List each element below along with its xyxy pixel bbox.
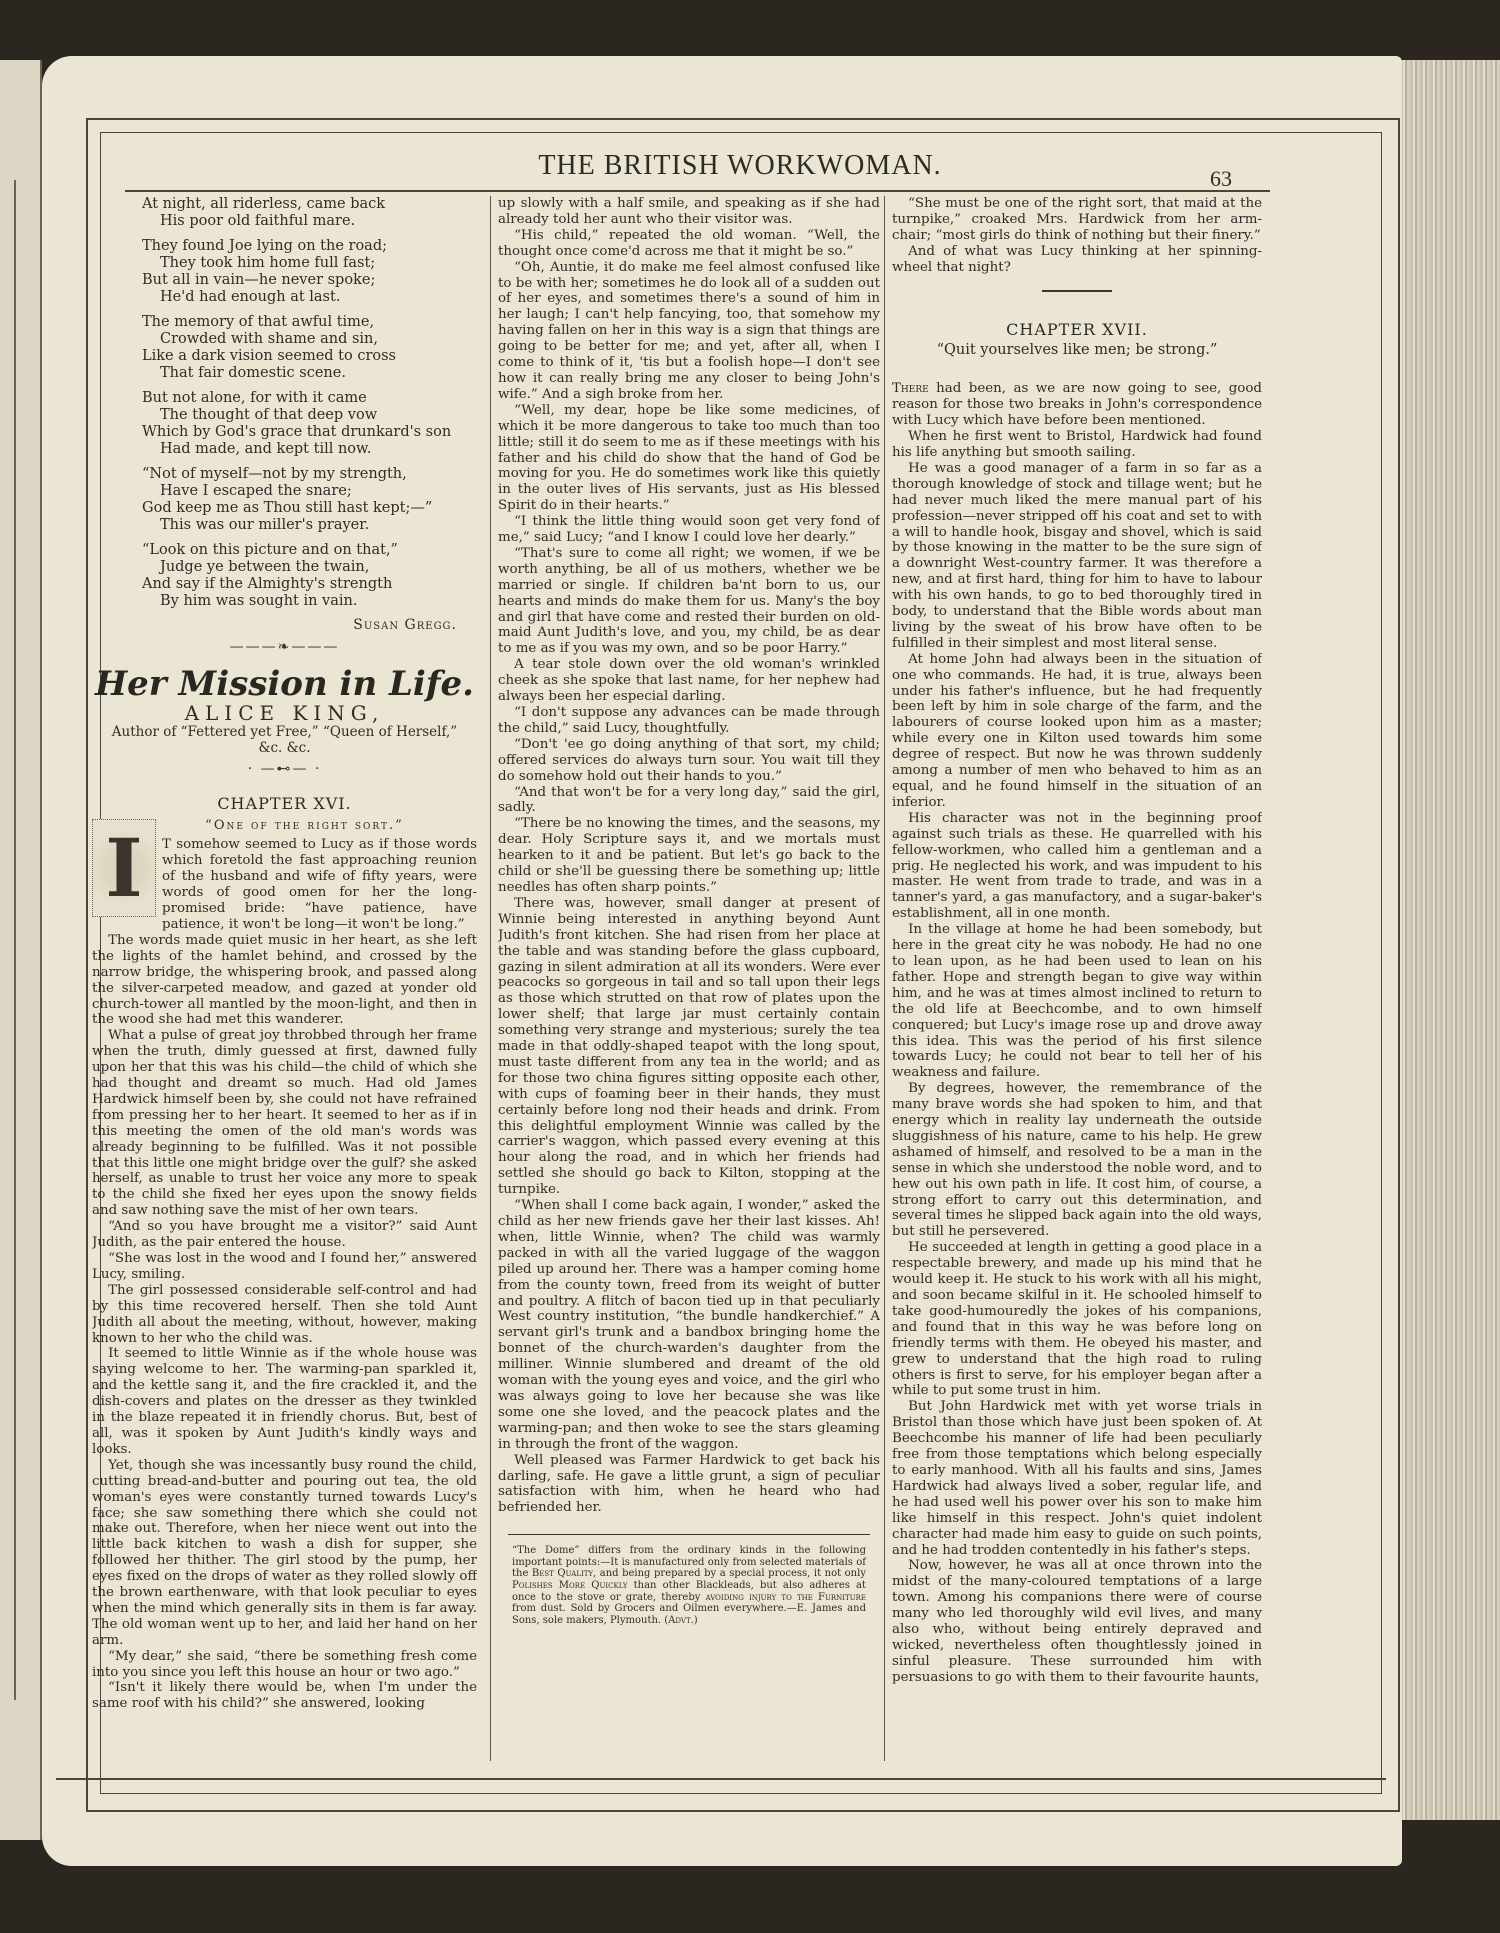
paragraph: He was a good manager of a farm in so fa… [892, 461, 1262, 652]
paragraph: In the village at home he had been someb… [892, 922, 1262, 1081]
paragraph: “Don't 'ee go doing anything of that sor… [498, 737, 880, 785]
ornament-divider: · —⊷— · [92, 762, 477, 778]
paragraph: And of what was Lucy thinking at her spi… [892, 244, 1262, 276]
paragraph: The girl possessed considerable self-con… [92, 1283, 477, 1347]
poem-line: But not alone, for with it came [142, 390, 477, 407]
paragraph: “I think the little thing would soon get… [498, 514, 880, 546]
paragraph: “My dear,” she said, “there be something… [92, 1649, 477, 1681]
poem-line: Which by God's grace that drunkard's son [142, 424, 477, 441]
poem-line: Had made, and kept till now. [142, 441, 477, 458]
column-1: At night, all riderless, came back His p… [92, 196, 477, 1766]
paragraph: Now, however, he was all at once thrown … [892, 1558, 1262, 1685]
ad-text: , and being prepared by a special proces… [593, 1568, 866, 1579]
ad-label: (Advt.) [664, 1615, 697, 1626]
poem-line: Like a dark vision seemed to cross [142, 348, 477, 365]
paragraph: “And that won't be for a very long day,”… [498, 785, 880, 817]
facing-page-edge [0, 60, 42, 1840]
footer-rule [56, 1778, 1386, 1780]
column-divider-1 [490, 196, 491, 1761]
column-3: “She must be one of the right sort, that… [892, 196, 1262, 1766]
chapter-heading: CHAPTER XVII. [892, 322, 1262, 338]
poem-line: That fair domestic scene. [142, 365, 477, 382]
poem-line: This was our miller's prayer. [142, 517, 477, 534]
ad-emphasis: avoiding injury to the Furniture [706, 1592, 866, 1603]
section-rule [1042, 290, 1112, 292]
poem-line: The thought of that deep vow [142, 407, 477, 424]
column-2: up slowly with a half smile, and speakin… [498, 196, 880, 1766]
poem-line: They found Joe lying on the road; [142, 238, 477, 255]
paragraph: “She was lost in the wood and I found he… [92, 1251, 477, 1283]
paragraph: It seemed to little Winnie as if the who… [92, 1346, 477, 1457]
lead-word: There [892, 381, 929, 396]
paragraph: “She must be one of the right sort, that… [892, 196, 1262, 244]
chapter-motto: “Quit yourselves like men; be strong.” [892, 343, 1262, 359]
poem-line: He'd had enough at last. [142, 289, 477, 306]
paragraph: “And so you have brought me a visitor?” … [92, 1219, 477, 1251]
poem-author: Susan Gregg. [92, 618, 457, 634]
poem-line: His poor old faithful mare. [142, 213, 477, 230]
ornament-divider: ———❧——— [92, 640, 477, 656]
paragraph: By degrees, however, the remembrance of … [892, 1081, 1262, 1240]
author-credits: Author of “Fettered yet Free,” “Queen of… [100, 724, 469, 756]
ad-emphasis: Best Quality [532, 1568, 593, 1579]
paragraph: “Isn't it likely there would be, when I'… [92, 1680, 477, 1712]
poem-line: But all in vain—he never spoke; [142, 272, 477, 289]
header-rule [125, 190, 1270, 192]
paragraph: “When shall I come back again, I wonder,… [498, 1198, 880, 1453]
paragraph: Well pleased was Farmer Hardwick to get … [498, 1453, 880, 1517]
running-head: THE BRITISH WORKWOMAN. [100, 150, 1380, 182]
advertisement: “The Dome” differs from the ordinary kin… [498, 1545, 880, 1626]
poem-line: “Not of myself—not by my strength, [142, 466, 477, 483]
paragraph: There was, however, small danger at pres… [498, 896, 880, 1198]
poem-line: Judge ye between the twain, [142, 559, 477, 576]
paragraph: The words made quiet music in her heart,… [92, 933, 477, 1028]
poem: At night, all riderless, came back His p… [92, 196, 477, 610]
poem-line: At night, all riderless, came back [142, 196, 477, 213]
paragraph: At home John had always been in the situ… [892, 652, 1262, 811]
paragraph: Yet, though she was incessantly busy rou… [92, 1458, 477, 1649]
poem-line: They took him home full fast; [142, 255, 477, 272]
poem-line: By him was sought in vain. [142, 593, 477, 610]
paragraph: But John Hardwick met with yet worse tri… [892, 1399, 1262, 1558]
paragraph: “I don't suppose any advances can be mad… [498, 705, 880, 737]
chapter-subtitle: “One of the right sort.” [132, 818, 477, 834]
poem-stanza: They found Joe lying on the road; They t… [142, 238, 477, 306]
story-author: ALICE KING, [92, 706, 477, 722]
opening-paragraph: IT somehow seemed to Lucy as if those wo… [92, 837, 477, 932]
paragraph-text: T somehow seemed to Lucy as if those wor… [162, 837, 477, 932]
chapter-heading: CHAPTER XVI. [92, 796, 477, 812]
poem-line: And say if the Almighty's strength [142, 576, 477, 593]
poem-line: “Look on this picture and on that,” [142, 542, 477, 559]
paragraph: “There be no knowing the times, and the … [498, 816, 880, 896]
facing-page-rule [0, 180, 16, 1700]
paragraph: When he first went to Bristol, Hardwick … [892, 429, 1262, 461]
book-fore-edge [1390, 60, 1500, 1820]
poem-stanza: At night, all riderless, came back His p… [142, 196, 477, 230]
paragraph: What a pulse of great joy throbbed throu… [92, 1028, 477, 1219]
poem-stanza: The memory of that awful time, Crowded w… [142, 314, 477, 382]
paragraph: “Oh, Auntie, it do make me feel almost c… [498, 260, 880, 403]
paragraph-text: had been, as we are now going to see, go… [892, 381, 1262, 428]
paragraph: He succeeded at length in getting a good… [892, 1240, 1262, 1399]
poem-stanza: “Look on this picture and on that,” Judg… [142, 542, 477, 610]
advertisement-rule [508, 1534, 870, 1535]
paragraph: “That's sure to come all right; we women… [498, 546, 880, 657]
paragraph: His character was not in the beginning p… [892, 811, 1262, 922]
poem-line: The memory of that awful time, [142, 314, 477, 331]
opening-paragraph: There had been, as we are now going to s… [892, 381, 1262, 429]
paragraph: up slowly with a half smile, and speakin… [498, 196, 880, 228]
paragraph: “His child,” repeated the old woman. “We… [498, 228, 880, 260]
poem-line: God keep me as Thou still hast kept;—” [142, 500, 477, 517]
illuminated-initial-icon: I [92, 819, 156, 917]
paragraph: A tear stole down over the old woman's w… [498, 657, 880, 705]
story-title: Her Mission in Life. [92, 664, 477, 704]
ad-emphasis: Polishes More Quickly [512, 1580, 628, 1591]
paragraph: “Well, my dear, hope be like some medici… [498, 403, 880, 514]
column-divider-2 [884, 196, 885, 1761]
poem-line: Have I escaped the snare; [142, 483, 477, 500]
page-number: 63 [1210, 166, 1232, 192]
poem-stanza: “Not of myself—not by my strength, Have … [142, 466, 477, 534]
poem-line: Crowded with shame and sin, [142, 331, 477, 348]
poem-stanza: But not alone, for with it came The thou… [142, 390, 477, 458]
